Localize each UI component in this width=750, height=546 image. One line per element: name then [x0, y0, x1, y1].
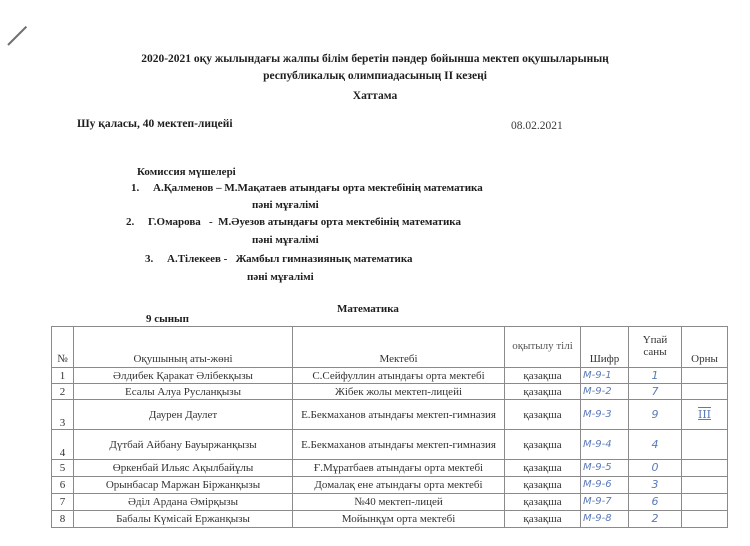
header-cipher: Шифр — [581, 327, 629, 368]
header-student-name: Оқушының аты-жөні — [74, 327, 293, 368]
school-name: Мойынқұм орта мектебі — [293, 511, 505, 528]
row-number: 6 — [52, 477, 74, 494]
table-row: 6Орынбасар Маржан БіржанқызыДомалақ ене … — [52, 477, 728, 494]
score: 9 — [629, 400, 682, 430]
rank — [682, 477, 728, 494]
student-name: Өркенбай Ильяс Ақылбайұлы — [74, 460, 293, 477]
pen-slash-mark — [7, 26, 27, 46]
header-number: № — [52, 327, 74, 368]
cipher-code: М-9-4 — [581, 430, 629, 460]
student-name: Әділ Ардана Әмірқызы — [74, 494, 293, 511]
document-title-protocol: Хаттама — [0, 90, 750, 102]
table-row: 8Бабалы Күмісай ЕржанқызыМойынқұм орта м… — [52, 511, 728, 528]
row-number: 3 — [52, 400, 74, 430]
score: 4 — [629, 430, 682, 460]
school-name: Е.Бекмаханов атындағы мектеп-гимназия — [293, 400, 505, 430]
score: 0 — [629, 460, 682, 477]
row-number: 2 — [52, 384, 74, 400]
results-table: № Оқушының аты-жөні Мектебі оқытылу тілі… — [51, 326, 728, 528]
table-row: 2Есалы Алуа РусланқызыЖібек жолы мектеп-… — [52, 384, 728, 400]
rank — [682, 460, 728, 477]
school-name: Ғ.Мұратбаев атындағы орта мектебі — [293, 460, 505, 477]
student-name: Бабалы Күмісай Ержанқызы — [74, 511, 293, 528]
cipher-code: М-9-6 — [581, 477, 629, 494]
instruction-language: қазақша — [505, 430, 581, 460]
commission-member-1-role: пәні мұғалімі — [252, 199, 319, 211]
instruction-language: қазақша — [505, 400, 581, 430]
grade-heading: 9 сынып — [146, 313, 189, 325]
table-row: 7Әділ Ардана Әмірқызы№40 мектеп-лицейқаз… — [52, 494, 728, 511]
school-name: Домалақ ене атындағы орта мектебі — [293, 477, 505, 494]
header-rank: Орны — [682, 327, 728, 368]
cipher-code: М-9-5 — [581, 460, 629, 477]
rank — [682, 511, 728, 528]
instruction-language: қазақша — [505, 511, 581, 528]
row-number: 7 — [52, 494, 74, 511]
table-row: 3Даурен ДаулетЕ.Бекмаханов атындағы мект… — [52, 400, 728, 430]
student-name: Даурен Даулет — [74, 400, 293, 430]
school-name: №40 мектеп-лицей — [293, 494, 505, 511]
commission-member-2: 2. Г.Омарова - М.Әуезов атындағы орта ме… — [126, 216, 461, 228]
header-language: оқытылу тілі — [505, 327, 581, 368]
instruction-language: қазақша — [505, 477, 581, 494]
header-score: Үпай саны — [629, 327, 682, 368]
table-row: 1Әлдибек Қаракат ӘлібекқызыС.Сейфуллин а… — [52, 368, 728, 384]
rank — [682, 384, 728, 400]
cipher-code: М-9-1 — [581, 368, 629, 384]
rank — [682, 368, 728, 384]
score: 3 — [629, 477, 682, 494]
student-name: Есалы Алуа Русланқызы — [74, 384, 293, 400]
commission-heading: Комиссия мүшелері — [137, 166, 236, 178]
row-number: 8 — [52, 511, 74, 528]
subject-heading: Математика — [337, 303, 399, 315]
school-name: Жібек жолы мектеп-лицейі — [293, 384, 505, 400]
student-name: Дүтбай Айбану Бауыржанқызы — [74, 430, 293, 460]
student-name: Орынбасар Маржан Біржанқызы — [74, 477, 293, 494]
table-row: 5Өркенбай Ильяс АқылбайұлыҒ.Мұратбаев ат… — [52, 460, 728, 477]
row-number: 4 — [52, 430, 74, 460]
row-number: 5 — [52, 460, 74, 477]
score: 6 — [629, 494, 682, 511]
commission-member-3-role: пәні мұғалімі — [247, 271, 314, 283]
instruction-language: қазақша — [505, 494, 581, 511]
document-title-line2: республикалық олимпиадасының ІІ кезеңі — [0, 70, 750, 82]
document-title-line1: 2020-2021 оқу жылындағы жалпы білім бере… — [0, 53, 750, 65]
commission-member-2-role: пәні мұғалімі — [252, 234, 319, 246]
row-number: 1 — [52, 368, 74, 384]
score: 7 — [629, 384, 682, 400]
rank: III — [682, 400, 728, 430]
commission-member-1: 1. А.Қалменов – М.Мақатаев атындағы орта… — [131, 182, 483, 194]
rank — [682, 494, 728, 511]
student-name: Әлдибек Қаракат Әлібекқызы — [74, 368, 293, 384]
cipher-code: М-9-2 — [581, 384, 629, 400]
score: 1 — [629, 368, 682, 384]
instruction-language: қазақша — [505, 460, 581, 477]
rank — [682, 430, 728, 460]
school-name: С.Сейфуллин атындағы орта мектебі — [293, 368, 505, 384]
table-row: 4Дүтбай Айбану БауыржанқызыЕ.Бекмаханов … — [52, 430, 728, 460]
date: 08.02.2021 — [511, 120, 563, 132]
cipher-code: М-9-8 — [581, 511, 629, 528]
table-header-row: № Оқушының аты-жөні Мектебі оқытылу тілі… — [52, 327, 728, 368]
instruction-language: қазақша — [505, 384, 581, 400]
commission-member-3: 3. А.Тілекеев - Жамбыл гимназиянық матем… — [145, 253, 413, 265]
score: 2 — [629, 511, 682, 528]
school-name: Е.Бекмаханов атындағы мектеп-гимназия — [293, 430, 505, 460]
header-school: Мектебі — [293, 327, 505, 368]
cipher-code: М-9-3 — [581, 400, 629, 430]
instruction-language: қазақша — [505, 368, 581, 384]
location: Шу қаласы, 40 мектеп-лицейі — [77, 118, 233, 130]
cipher-code: М-9-7 — [581, 494, 629, 511]
